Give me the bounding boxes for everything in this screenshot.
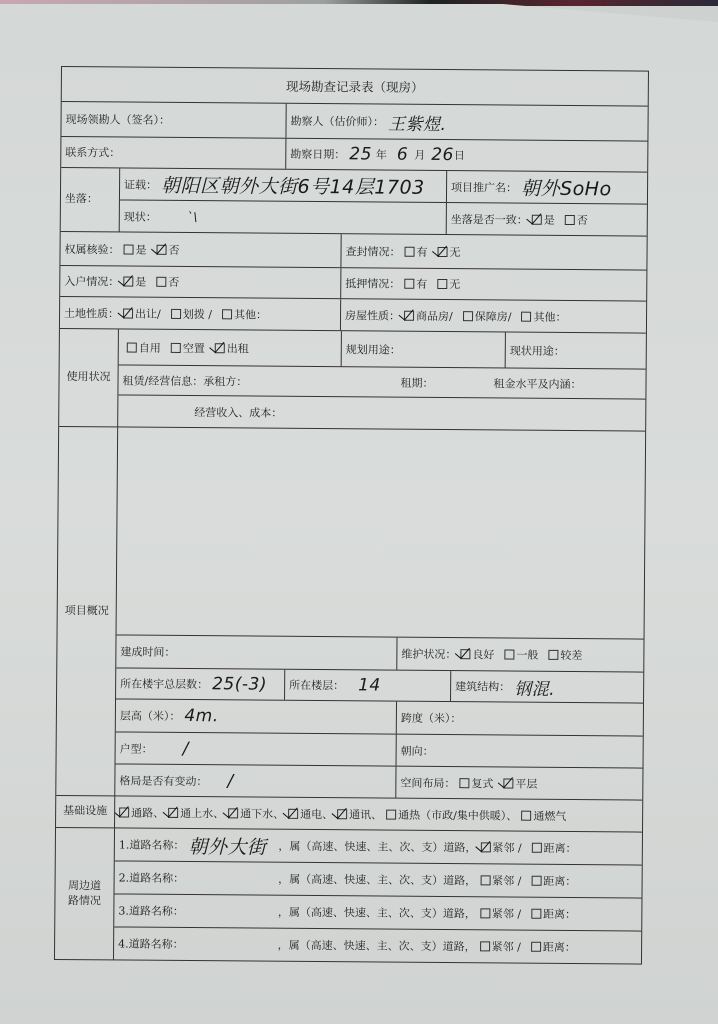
current-use-label: 现状用途：: [510, 342, 565, 358]
lease-label: 租赁/经营信息：承租方：: [122, 372, 247, 389]
consistent-yes-option[interactable]: 是: [528, 211, 555, 227]
land-allocation-option[interactable]: 划拨 /: [167, 305, 212, 321]
unit-type-value: /: [183, 738, 189, 758]
road-row: 4.道路名称：，属（高速、快速、主、次、支）道路，紧邻 /距离：: [114, 926, 641, 963]
checkbox[interactable]: [480, 941, 490, 951]
road-type-text: ，属（高速、快速、主、次、支）道路，: [278, 838, 476, 856]
checkbox-checked[interactable]: [503, 778, 513, 788]
usage-self-option[interactable]: 自用: [123, 339, 161, 355]
ownership-field: 权属核验： 是 否: [60, 232, 340, 267]
road-name-label: 2.道路名称：: [119, 869, 185, 886]
usage-rented-option[interactable]: 出租: [211, 340, 249, 356]
checkbox-checked[interactable]: [215, 343, 225, 353]
road-distance-option[interactable]: 距离：: [527, 939, 576, 955]
surveyor-field[interactable]: 勘察人（估价师）： 王紫煜.: [285, 104, 647, 141]
mortgage-label: 抵押情况：: [345, 275, 400, 291]
maintenance-field: 维护状况： 良好 一般 较差: [396, 638, 643, 672]
location-side-label: 坐落：: [61, 168, 119, 231]
unit-type-label: 户型：: [120, 740, 153, 756]
seizure-label: 查封情况：: [345, 243, 400, 259]
ownership-no-option[interactable]: 否: [153, 241, 180, 257]
infra-option-5[interactable]: 通热（市政/集中供暖）、: [382, 806, 517, 823]
road-distance-option[interactable]: 距离：: [527, 873, 576, 889]
contact-label: 联系方式：: [65, 144, 120, 160]
checkbox-checked[interactable]: [438, 246, 448, 256]
checkbox[interactable]: [548, 650, 558, 660]
usage-options: 自用 空置 出租: [119, 329, 341, 366]
checkbox-checked[interactable]: [123, 276, 133, 286]
infra-option-3[interactable]: 通电、: [284, 805, 333, 821]
road-adjacent-option[interactable]: 紧邻 /: [476, 872, 521, 888]
checkbox-checked[interactable]: [123, 308, 133, 318]
road-name-label: 4.道路名称：: [118, 935, 184, 952]
status-value: `\: [187, 209, 198, 223]
lease-term-label: 租期：: [400, 374, 433, 390]
cert-address-field[interactable]: 证载： 朝阳区朝外大街6号14层1703: [120, 168, 446, 202]
checkbox[interactable]: [531, 909, 541, 919]
checkbox-checked[interactable]: [480, 842, 490, 852]
unit-type-field[interactable]: 户型： /: [116, 732, 396, 765]
mortgage-field: 抵押情况： 有 无: [340, 268, 646, 300]
space-layout-field: 空间布局： 复式 平层: [395, 767, 642, 800]
checkbox[interactable]: [463, 311, 473, 321]
house-nature-field: 房屋性质： 商品房/ 保障房/ 其他：: [340, 299, 646, 332]
total-floors-label: 所在楼宇总层数：: [120, 675, 208, 692]
layout-change-label: 格局是否有变动：: [119, 772, 207, 789]
checkbox-checked[interactable]: [288, 808, 298, 818]
road-name-label: 3.道路名称：: [118, 902, 184, 919]
road-distance-option[interactable]: 距离：: [527, 906, 576, 922]
checkbox[interactable]: [532, 843, 542, 853]
road-type-text: ，属（高速、快速、主、次、支）道路，: [278, 871, 476, 889]
road-name-value[interactable]: [188, 944, 278, 945]
date-month: 6: [397, 145, 408, 165]
date-year: 25: [349, 144, 372, 164]
road-name-value[interactable]: [188, 911, 278, 912]
infra-option-2[interactable]: 通下水、: [224, 805, 284, 821]
house-nature-label: 房屋性质：: [345, 307, 400, 323]
space-duplex-option[interactable]: 复式: [455, 775, 493, 791]
checkbox[interactable]: [480, 875, 490, 885]
roads-side-label: 周边道路情况: [55, 828, 114, 959]
income-cost-label: 经营收入、成本：: [194, 404, 282, 421]
ownership-yes-option[interactable]: 是: [120, 241, 147, 257]
checkbox[interactable]: [565, 214, 575, 224]
infra-side-label: 基础设施: [56, 796, 114, 827]
infra-option-1[interactable]: 通上水、: [164, 804, 224, 820]
cert-label: 证载：: [124, 176, 157, 192]
mortgage-yes-option[interactable]: 有: [400, 276, 427, 292]
guide-label: 现场领勘人（签名）：: [66, 111, 171, 128]
usage-vacant-option[interactable]: 空置: [167, 339, 205, 355]
seizure-no-option[interactable]: 无: [433, 243, 460, 259]
maintenance-label: 维护状况：: [401, 646, 456, 662]
road-name-label: 1.道路名称：: [119, 836, 185, 853]
consistent-no-option[interactable]: 否: [561, 211, 588, 227]
checkbox-checked[interactable]: [404, 310, 414, 320]
floor-height-label: 层高（米）：: [120, 707, 181, 723]
planned-use-field[interactable]: 规划用途：: [341, 331, 505, 367]
cert-address-value: 朝阳区朝外大街6号14层1703: [161, 171, 425, 200]
surveyor-label: 勘察人（估价师）：: [291, 113, 385, 130]
date-label: 勘察日期：: [290, 146, 345, 162]
checkbox-checked[interactable]: [337, 809, 347, 819]
ownership-label: 权属核验：: [65, 241, 120, 257]
entry-yes-option[interactable]: 是: [119, 273, 146, 289]
orientation-field[interactable]: 朝向：: [396, 735, 643, 768]
checkbox[interactable]: [459, 778, 469, 788]
income-cost-field[interactable]: 经营收入、成本：: [118, 395, 645, 430]
space-layout-label: 空间布局：: [400, 774, 455, 790]
mortgage-no-option[interactable]: 无: [433, 276, 460, 292]
road-row: 1.道路名称：朝外大街，属（高速、快速、主、次、支）道路，紧邻 /距离：: [115, 828, 642, 864]
checkbox[interactable]: [124, 244, 134, 254]
lease-info-field[interactable]: 租赁/经营信息：承租方： 租期： 租金水平及内涵：: [118, 365, 645, 398]
guide-field[interactable]: 现场领勘人（签名）：: [61, 102, 285, 138]
rent-level-label: 租金水平及内涵：: [493, 375, 581, 392]
built-time-field[interactable]: 建成时间：: [116, 635, 396, 669]
checkbox[interactable]: [531, 942, 541, 952]
checkbox-checked[interactable]: [228, 808, 238, 818]
land-other-option[interactable]: 其他：: [218, 306, 267, 322]
land-nature-field: 土地性质： 出让/ 划拨 / 其他：: [60, 297, 340, 330]
infra-option-0[interactable]: 通路、: [115, 804, 164, 820]
project-name-field[interactable]: 项目推广名： 朝外SoHo: [446, 171, 647, 204]
roads-list: 1.道路名称：朝外大街，属（高速、快速、主、次、支）道路，紧邻 /距离：2.道路…: [113, 828, 642, 963]
survey-date-field[interactable]: 勘察日期： 25 年 6 月 26 日: [285, 139, 647, 172]
current-use-field[interactable]: 现状用途：: [505, 332, 646, 368]
contact-field[interactable]: 联系方式：: [61, 137, 285, 169]
road-name-value[interactable]: 朝外大街: [188, 832, 278, 860]
road-type-text: ，属（高速、快速、主、次、支）道路，: [278, 904, 476, 922]
surveyor-value: 王紫煜.: [388, 109, 447, 134]
consistent-label: 坐落是否一致：: [451, 211, 528, 228]
checkbox[interactable]: [480, 908, 490, 918]
maintenance-fair-option[interactable]: 一般: [500, 646, 538, 662]
checkbox[interactable]: [171, 342, 181, 352]
road-row: 3.道路名称：，属（高速、快速、主、次、支）道路，紧邻 /距离：: [114, 893, 641, 930]
month-unit: 月: [414, 147, 425, 163]
house-other-option[interactable]: 其他：: [517, 308, 566, 324]
space-flat-option[interactable]: 平层: [499, 775, 537, 791]
floor-height-field[interactable]: 层高（米）： 4m.: [116, 699, 396, 733]
floor-value: 14: [358, 675, 381, 695]
entry-field: 入户情况： 是 否: [60, 266, 340, 298]
usage-side-label: 使用状况: [59, 329, 118, 426]
floor-label: 所在楼层：: [289, 677, 344, 693]
road-distance-option[interactable]: 距离：: [528, 840, 577, 856]
project-side-label: 项目概况: [56, 427, 117, 795]
survey-record-form: 现场勘查记录表（现房） 现场领勘人（签名）： 勘察人（估价师）： 王紫煜. 联系…: [54, 66, 649, 965]
built-time-label: 建成时间：: [120, 643, 175, 659]
checkbox[interactable]: [521, 810, 531, 820]
checkbox[interactable]: [531, 876, 541, 886]
status-label: 现状：: [124, 208, 157, 224]
planned-use-label: 规划用途：: [346, 341, 401, 357]
checkbox[interactable]: [504, 650, 514, 660]
structure-label: 建筑结构：: [455, 678, 510, 694]
span-label: 跨度（米）：: [401, 710, 462, 726]
seizure-yes-option[interactable]: 有: [400, 243, 427, 259]
house-commercial-option[interactable]: 商品房/: [400, 307, 453, 323]
actual-address-field[interactable]: 现状： `\: [120, 200, 446, 234]
checkbox[interactable]: [127, 342, 137, 352]
infra-option-4[interactable]: 通讯、: [333, 806, 382, 822]
checkbox[interactable]: [405, 246, 415, 256]
maintenance-good-option[interactable]: 良好: [456, 646, 494, 662]
day-unit: 日: [454, 147, 465, 163]
road-adjacent-option[interactable]: 紧邻 /: [476, 839, 521, 855]
checkbox-checked[interactable]: [119, 807, 129, 817]
checkbox[interactable]: [521, 311, 531, 321]
project-name-label: 项目推广名：: [451, 179, 517, 196]
span-field[interactable]: 跨度（米）：: [396, 702, 643, 736]
road-adjacent-option[interactable]: 紧邻 /: [476, 905, 521, 921]
checkbox[interactable]: [156, 277, 166, 287]
floor-height-value: 4m.: [184, 706, 218, 726]
structure-value: 钢混.: [514, 674, 555, 699]
layout-change-value: /: [227, 771, 233, 791]
structure-field[interactable]: 建筑结构： 钢混.: [450, 671, 643, 703]
checkbox-checked[interactable]: [460, 649, 470, 659]
entry-label: 入户情况：: [64, 273, 119, 289]
form-title: 现场勘查记录表（现房）: [62, 67, 648, 106]
checkbox[interactable]: [386, 809, 396, 819]
entry-no-option[interactable]: 否: [152, 274, 179, 290]
total-floors-field[interactable]: 所在楼宇总层数： 25(-3): [116, 668, 284, 699]
road-row: 2.道路名称：，属（高速、快速、主、次、支）道路，紧邻 /距离：: [115, 860, 642, 897]
road-name-value[interactable]: [188, 878, 278, 879]
checkbox[interactable]: [404, 279, 414, 289]
road-adjacent-option[interactable]: 紧邻 /: [476, 938, 521, 954]
land-transfer-option[interactable]: 出让/: [119, 305, 161, 321]
project-name-value: 朝外SoHo: [521, 174, 612, 202]
maintenance-poor-option[interactable]: 较差: [544, 647, 582, 663]
layout-change-field[interactable]: 格局是否有变动： /: [115, 764, 395, 797]
year-unit: 年: [376, 146, 387, 162]
checkbox[interactable]: [171, 308, 181, 318]
floor-field[interactable]: 所在楼层： 14: [284, 670, 450, 701]
project-description-area[interactable]: [117, 427, 646, 638]
checkbox[interactable]: [222, 309, 232, 319]
checkbox-checked[interactable]: [157, 244, 167, 254]
checkbox[interactable]: [437, 279, 447, 289]
road-type-text: ，属（高速、快速、主、次、支）道路，: [278, 937, 476, 955]
location-consistent-field: 坐落是否一致： 是 否: [446, 203, 647, 236]
seizure-field: 查封情况： 有 无: [340, 234, 646, 269]
date-day: 26: [431, 145, 454, 165]
total-floors-value: 25(-3): [212, 674, 267, 694]
house-affordable-option[interactable]: 保障房/: [459, 308, 512, 324]
checkbox-checked[interactable]: [168, 807, 178, 817]
infrastructure-options: 通路、通上水、通下水、通电、通讯、通热（市政/集中供暖）、通燃气: [114, 796, 642, 831]
land-nature-label: 土地性质：: [64, 305, 119, 321]
checkbox-checked[interactable]: [532, 214, 542, 224]
orientation-label: 朝向：: [401, 742, 434, 758]
infra-option-6[interactable]: 通燃气: [517, 807, 566, 823]
